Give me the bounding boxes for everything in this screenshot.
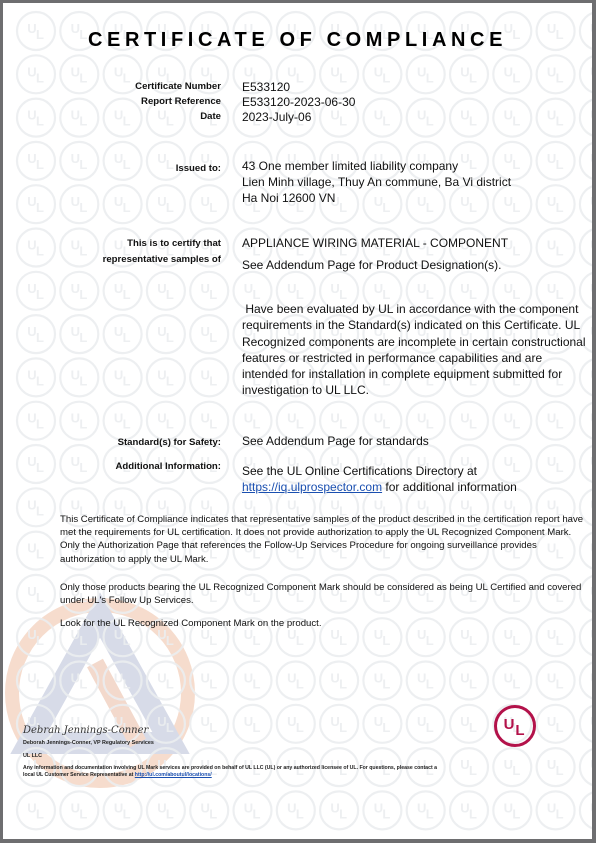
svg-text:L: L: [512, 114, 520, 129]
svg-text:L: L: [123, 373, 131, 388]
svg-text:L: L: [512, 70, 520, 85]
svg-text:U: U: [590, 411, 592, 426]
svg-text:L: L: [36, 330, 44, 345]
svg-text:L: L: [382, 633, 390, 648]
svg-text:L: L: [36, 590, 44, 605]
svg-text:L: L: [79, 287, 87, 302]
svg-text:L: L: [123, 114, 131, 129]
mark-paragraph: Only those products bearing the UL Recog…: [60, 581, 590, 607]
additional-info-line-1: See the UL Online Certifications Directo…: [242, 464, 477, 478]
svg-text:L: L: [123, 677, 131, 692]
issued-to-line-3: Ha Noi 12600 VN: [242, 191, 335, 205]
certify-label-line-2: representative samples of: [103, 254, 221, 265]
svg-text:L: L: [79, 200, 87, 215]
svg-text:L: L: [36, 70, 44, 85]
svg-text:L: L: [512, 244, 520, 259]
svg-text:L: L: [123, 70, 131, 85]
svg-text:L: L: [209, 720, 217, 735]
svg-text:L: L: [253, 287, 261, 302]
svg-text:L: L: [339, 417, 347, 432]
svg-text:L: L: [36, 806, 44, 821]
date-label: Date: [200, 111, 221, 122]
standards-label: Standard(s) for Safety:: [118, 437, 221, 448]
issued-to-label: Issued to:: [176, 163, 221, 174]
svg-text:L: L: [469, 287, 477, 302]
svg-text:U: U: [590, 367, 592, 382]
svg-text:L: L: [556, 720, 564, 735]
svg-text:L: L: [79, 70, 87, 85]
svg-text:L: L: [382, 720, 390, 735]
svg-text:L: L: [166, 330, 174, 345]
svg-text:L: L: [512, 157, 520, 172]
svg-text:L: L: [469, 417, 477, 432]
svg-text:L: L: [36, 547, 44, 562]
compliance-paragraph: This Certificate of Compliance indicates…: [60, 513, 590, 566]
svg-text:L: L: [209, 287, 217, 302]
svg-text:L: L: [209, 330, 217, 345]
svg-text:L: L: [166, 720, 174, 735]
svg-text:L: L: [36, 157, 44, 172]
svg-text:L: L: [556, 200, 564, 215]
svg-text:L: L: [253, 633, 261, 648]
svg-text:L: L: [209, 633, 217, 648]
svg-text:L: L: [512, 417, 520, 432]
svg-text:L: L: [556, 460, 564, 475]
svg-text:U: U: [504, 716, 515, 733]
svg-text:L: L: [166, 114, 174, 129]
standards-value: See Addendum Page for standards: [242, 434, 429, 448]
svg-text:L: L: [512, 763, 520, 778]
svg-text:L: L: [339, 200, 347, 215]
svg-text:L: L: [512, 806, 520, 821]
svg-text:U: U: [590, 281, 592, 296]
svg-text:L: L: [469, 200, 477, 215]
svg-text:L: L: [166, 806, 174, 821]
svg-text:L: L: [36, 287, 44, 302]
svg-text:L: L: [209, 373, 217, 388]
svg-text:L: L: [512, 677, 520, 692]
svg-text:L: L: [512, 460, 520, 475]
svg-text:L: L: [469, 677, 477, 692]
report-reference-value: E533120-2023-06-30: [242, 95, 355, 109]
svg-text:U: U: [590, 800, 592, 815]
organization-name: UL LLC: [23, 753, 42, 759]
footer-disclaimer: Any information and documentation involv…: [23, 765, 443, 779]
svg-text:L: L: [339, 633, 347, 648]
svg-text:L: L: [512, 200, 520, 215]
svg-text:L: L: [426, 720, 434, 735]
svg-text:L: L: [123, 633, 131, 648]
product-designation: See Addendum Page for Product Designatio…: [242, 258, 502, 272]
svg-text:L: L: [339, 720, 347, 735]
svg-text:U: U: [590, 64, 592, 79]
page-title: CERTIFICATE OF COMPLIANCE: [3, 29, 592, 52]
svg-text:L: L: [382, 200, 390, 215]
svg-text:L: L: [556, 157, 564, 172]
svg-text:U: U: [590, 714, 592, 729]
svg-text:L: L: [515, 722, 524, 739]
svg-text:L: L: [296, 806, 304, 821]
svg-text:L: L: [426, 633, 434, 648]
signature-script: Debrah Jennings-Conner: [23, 725, 148, 736]
svg-text:L: L: [123, 806, 131, 821]
look-for-mark-paragraph: Look for the UL Recognized Component Mar…: [60, 617, 590, 630]
ul-locations-link[interactable]: http://ul.com/aboutul/locations/: [135, 772, 212, 778]
svg-text:L: L: [469, 114, 477, 129]
svg-text:L: L: [556, 70, 564, 85]
svg-text:L: L: [166, 417, 174, 432]
svg-text:L: L: [556, 677, 564, 692]
additional-info-suffix: for additional information: [382, 480, 517, 494]
svg-text:U: U: [590, 541, 592, 556]
svg-text:L: L: [296, 70, 304, 85]
svg-text:L: L: [339, 287, 347, 302]
svg-text:L: L: [426, 417, 434, 432]
svg-text:L: L: [36, 677, 44, 692]
svg-text:L: L: [339, 114, 347, 129]
svg-text:L: L: [556, 287, 564, 302]
svg-text:L: L: [253, 720, 261, 735]
svg-text:L: L: [123, 287, 131, 302]
svg-text:L: L: [36, 417, 44, 432]
svg-text:L: L: [79, 633, 87, 648]
svg-text:L: L: [512, 287, 520, 302]
svg-text:L: L: [296, 287, 304, 302]
svg-text:L: L: [426, 200, 434, 215]
svg-text:L: L: [166, 157, 174, 172]
svg-text:L: L: [296, 417, 304, 432]
certificate-number-value: E533120: [242, 80, 290, 94]
svg-text:L: L: [296, 633, 304, 648]
svg-text:L: L: [469, 720, 477, 735]
svg-text:L: L: [339, 806, 347, 821]
svg-text:L: L: [166, 200, 174, 215]
svg-text:L: L: [253, 417, 261, 432]
svg-text:L: L: [426, 70, 434, 85]
svg-text:L: L: [382, 287, 390, 302]
svg-text:L: L: [469, 633, 477, 648]
date-value: 2023-July-06: [242, 110, 311, 124]
svg-text:U: U: [590, 584, 592, 599]
svg-text:L: L: [36, 503, 44, 518]
svg-text:L: L: [382, 70, 390, 85]
signatory-name-title: Deborah Jennings-Conner, VP Regulatory S…: [23, 740, 154, 746]
svg-text:U: U: [590, 454, 592, 469]
svg-text:L: L: [382, 114, 390, 129]
svg-text:U: U: [590, 627, 592, 642]
svg-text:L: L: [36, 200, 44, 215]
issued-to-line-2: Lien Minh village, Thuy An commune, Ba V…: [242, 175, 511, 189]
svg-text:L: L: [36, 373, 44, 388]
certify-label-line-1: This is to certify that: [127, 238, 221, 249]
svg-text:L: L: [79, 373, 87, 388]
svg-text:L: L: [512, 633, 520, 648]
certificate-number-label: Certificate Number: [135, 81, 221, 92]
svg-text:U: U: [590, 757, 592, 772]
svg-text:U: U: [590, 108, 592, 123]
svg-text:L: L: [79, 460, 87, 475]
svg-text:L: L: [79, 417, 87, 432]
svg-text:L: L: [556, 806, 564, 821]
svg-text:U: U: [590, 671, 592, 686]
svg-text:L: L: [36, 633, 44, 648]
svg-text:L: L: [79, 806, 87, 821]
svg-text:L: L: [556, 633, 564, 648]
svg-text:L: L: [382, 417, 390, 432]
additional-info-label: Additional Information:: [115, 461, 221, 472]
svg-text:L: L: [469, 806, 477, 821]
svg-text:L: L: [123, 330, 131, 345]
svg-text:L: L: [166, 677, 174, 692]
report-reference-label: Report Reference: [141, 96, 221, 107]
svg-text:L: L: [166, 287, 174, 302]
svg-text:L: L: [36, 244, 44, 259]
svg-text:L: L: [426, 677, 434, 692]
svg-text:L: L: [556, 417, 564, 432]
svg-text:L: L: [556, 763, 564, 778]
svg-text:L: L: [339, 677, 347, 692]
svg-text:L: L: [36, 460, 44, 475]
additional-info-line-2: https://iq.ulprospector.com for addition…: [242, 480, 517, 494]
svg-text:U: U: [590, 151, 592, 166]
svg-text:L: L: [209, 806, 217, 821]
svg-text:U: U: [590, 497, 592, 512]
svg-text:L: L: [556, 244, 564, 259]
svg-text:L: L: [123, 157, 131, 172]
svg-text:L: L: [123, 417, 131, 432]
svg-text:L: L: [296, 720, 304, 735]
svg-text:U: U: [590, 238, 592, 253]
svg-text:L: L: [296, 677, 304, 692]
svg-text:L: L: [426, 114, 434, 129]
svg-text:L: L: [123, 200, 131, 215]
svg-text:L: L: [253, 677, 261, 692]
svg-text:L: L: [469, 157, 477, 172]
svg-text:L: L: [253, 806, 261, 821]
ul-mark-logo-icon: U L: [492, 703, 538, 749]
svg-text:L: L: [382, 806, 390, 821]
svg-text:L: L: [79, 244, 87, 259]
svg-text:U: U: [590, 194, 592, 209]
svg-text:L: L: [79, 157, 87, 172]
product-category: APPLIANCE WIRING MATERIAL - COMPONENT: [242, 236, 508, 250]
svg-text:L: L: [469, 70, 477, 85]
issued-to-line-1: 43 One member limited liability company: [242, 159, 458, 173]
svg-text:L: L: [209, 417, 217, 432]
svg-text:L: L: [79, 330, 87, 345]
svg-text:L: L: [79, 677, 87, 692]
svg-text:L: L: [426, 806, 434, 821]
svg-text:L: L: [556, 114, 564, 129]
svg-text:L: L: [469, 763, 477, 778]
svg-text:L: L: [36, 114, 44, 129]
svg-text:L: L: [339, 70, 347, 85]
svg-text:L: L: [426, 287, 434, 302]
svg-text:L: L: [209, 677, 217, 692]
evaluation-statement: Have been evaluated by UL in accordance …: [242, 301, 587, 399]
svg-text:L: L: [166, 633, 174, 648]
footer-text: Any information and documentation involv…: [23, 765, 437, 778]
svg-text:L: L: [382, 677, 390, 692]
svg-text:L: L: [166, 373, 174, 388]
certificate-page: ULULULULULULULULULULULULULULULULULULULUL…: [3, 3, 592, 839]
svg-text:U: U: [590, 324, 592, 339]
ul-prospector-link[interactable]: https://iq.ulprospector.com: [242, 480, 382, 494]
svg-text:L: L: [79, 114, 87, 129]
svg-text:L: L: [209, 200, 217, 215]
